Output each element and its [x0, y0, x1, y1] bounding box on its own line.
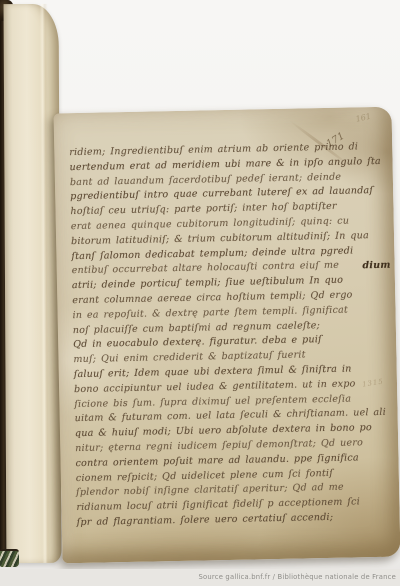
attribution-text: Source gallica.bnf.fr / Bibliothèque nat… — [199, 573, 396, 581]
manuscript-scan: 161 171 1315 ridiem; Ingredientibuſ enim… — [0, 0, 400, 586]
folio-number-faint: 161 — [355, 112, 372, 124]
margin-correction: dium — [362, 259, 391, 274]
manuscript-page: 161 171 1315 ridiem; Ingredientibuſ enim… — [54, 107, 400, 564]
gutter-crease — [40, 4, 51, 563]
manuscript-text: ridiem; Ingredientibuſ enim atrium ab or… — [69, 140, 389, 531]
page-gutter-edge — [4, 4, 62, 563]
endband — [0, 549, 19, 567]
source-attribution-bar: Source gallica.bnf.fr / Bibliothèque nat… — [0, 569, 400, 586]
